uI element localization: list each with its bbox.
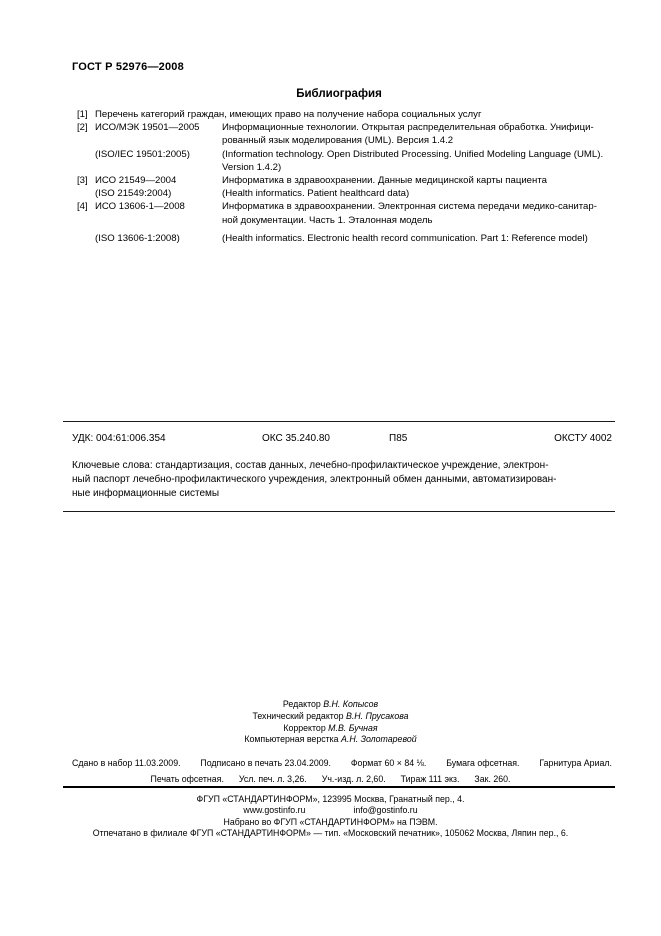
imprint-item: Гарнитура Ариал.: [539, 758, 612, 768]
horizontal-rule-middle: [63, 511, 615, 512]
publisher-typeset: Набрано во ФГУП «СТАНДАРТИНФОРМ» на ПЭВМ…: [0, 817, 661, 828]
reference-text-ru: Информационные технологии. Открытая расп…: [222, 121, 617, 147]
reference-number: [1]: [77, 108, 95, 121]
imprint-item: Тираж 111 экз.: [401, 774, 460, 784]
bibliography-entry: [4]ИСО 13606-1—2008Информатика в здравоо…: [77, 200, 617, 245]
imprint-item: Зак. 260.: [474, 774, 510, 784]
bib-row-ru: [1]Перечень категорий граждан, имеющих п…: [77, 108, 617, 121]
staff-role: Редактор: [283, 699, 321, 709]
imprint-item: Бумага офсетная.: [446, 758, 519, 768]
bib-row-ru: [3]ИСО 21549—2004Информатика в здравоохр…: [77, 174, 617, 187]
imprint-item: Сдано в набор 11.03.2009.: [72, 758, 181, 768]
publisher-address: ФГУП «СТАНДАРТИНФОРМ», 123995 Москва, Гр…: [0, 794, 661, 805]
document-page: ГОСТ Р 52976—2008 Библиография [1]Перече…: [0, 0, 661, 936]
document-number: ГОСТ Р 52976—2008: [72, 61, 184, 73]
publisher-block: ФГУП «СТАНДАРТИНФОРМ», 123995 Москва, Гр…: [0, 794, 661, 839]
standard-designation-ru: ИСО 21549—2004: [95, 174, 222, 187]
imprint-line2: Печать офсетная.Усл. печ. л. 3,26.Уч.-из…: [0, 774, 661, 784]
bib-row-en: (ISO 21549:2004)(Health informatics. Pat…: [77, 187, 617, 200]
publisher-printed: Отпечатано в филиале ФГУП «СТАНДАРТИНФОР…: [0, 828, 661, 839]
imprint-item: Печать офсетная.: [151, 774, 224, 784]
staff-line: Компьютерная верстка А.Н. Золотаревой: [0, 734, 661, 746]
standard-designation-ru: ИСО/МЭК 19501—2005: [95, 121, 222, 134]
imprint-line1: Сдано в набор 11.03.2009.Подписано в печ…: [72, 758, 612, 768]
bibliography-entry: [1]Перечень категорий граждан, имеющих п…: [77, 108, 617, 121]
reference-text-en: (Information technology. Open Distribute…: [222, 148, 617, 174]
oks-code: ОКС 35.240.80: [262, 433, 330, 444]
publisher-contacts: www.gostinfo.ru info@gostinfo.ru: [0, 805, 661, 816]
standard-designation-en: (ISO/IEC 19501:2005): [95, 148, 222, 161]
classifier-code: П85: [389, 433, 407, 444]
staff-name: А.Н. Золотаревой: [341, 734, 417, 744]
reference-number: [2]: [77, 121, 95, 134]
staff-name: М.В. Бучная: [328, 723, 377, 733]
reference-text-ru: Информатика в здравоохранении. Данные ме…: [222, 174, 617, 187]
staff-role: Корректор: [283, 723, 325, 733]
bib-row-ru: [2]ИСО/МЭК 19501—2005Информационные техн…: [77, 121, 617, 147]
horizontal-rule-bottom: [63, 786, 615, 788]
okstu-code: ОКСТУ 4002: [554, 433, 612, 444]
bibliography-entry: [2]ИСО/МЭК 19501—2005Информационные техн…: [77, 121, 617, 174]
reference-text-en: (Health informatics. Electronic health r…: [222, 232, 617, 245]
staff-line: Технический редактор В.Н. Прусакова: [0, 711, 661, 723]
reference-number: [4]: [77, 200, 95, 213]
staff-line: Редактор В.Н. Копысов: [0, 699, 661, 711]
imprint-item: Формат 60 × 84 ⅛.: [351, 758, 427, 768]
reference-text-en: (Health informatics. Patient healthcard …: [222, 187, 617, 200]
bib-row-en: (ISO/IEC 19501:2005)(Information technol…: [77, 148, 617, 174]
imprint-item: Подписано в печать 23.04.2009.: [200, 758, 331, 768]
bib-row-ru: [4]ИСО 13606-1—2008Информатика в здравоо…: [77, 200, 617, 226]
staff-name: В.Н. Прусакова: [346, 711, 409, 721]
staff-name: В.Н. Копысов: [323, 699, 378, 709]
imprint-item: Уч.-изд. л. 2,60.: [322, 774, 386, 784]
staff-line: Корректор М.В. Бучная: [0, 723, 661, 735]
publisher-email: info@gostinfo.ru: [353, 805, 417, 816]
staff-role: Компьютерная верстка: [244, 734, 338, 744]
udk-code: УДК: 004:61:006.354: [72, 433, 166, 444]
horizontal-rule-top: [63, 421, 615, 422]
standard-designation-ru: ИСО 13606-1—2008: [95, 200, 222, 213]
bibliography-list: [1]Перечень категорий граждан, имеющих п…: [77, 108, 617, 245]
bibliography-entry: [3]ИСО 21549—2004Информатика в здравоохр…: [77, 174, 617, 200]
reference-number: [3]: [77, 174, 95, 187]
reference-text-ru: Информатика в здравоохранении. Электронн…: [222, 200, 617, 226]
keywords-paragraph: Ключевые слова: стандартизация, состав д…: [72, 459, 617, 501]
bibliography-title: Библиография: [63, 88, 615, 100]
imprint-item: Усл. печ. л. 3,26.: [239, 774, 307, 784]
reference-text-ru: Перечень категорий граждан, имеющих прав…: [95, 108, 617, 121]
editors-block: Редактор В.Н. КопысовТехнический редакто…: [0, 699, 661, 746]
bib-row-en: (ISO 13606-1:2008)(Health informatics. E…: [77, 232, 617, 245]
standard-designation-en: (ISO 13606-1:2008): [95, 232, 222, 245]
publisher-website: www.gostinfo.ru: [243, 805, 305, 816]
standard-designation-en: (ISO 21549:2004): [95, 187, 222, 200]
staff-role: Технический редактор: [252, 711, 343, 721]
